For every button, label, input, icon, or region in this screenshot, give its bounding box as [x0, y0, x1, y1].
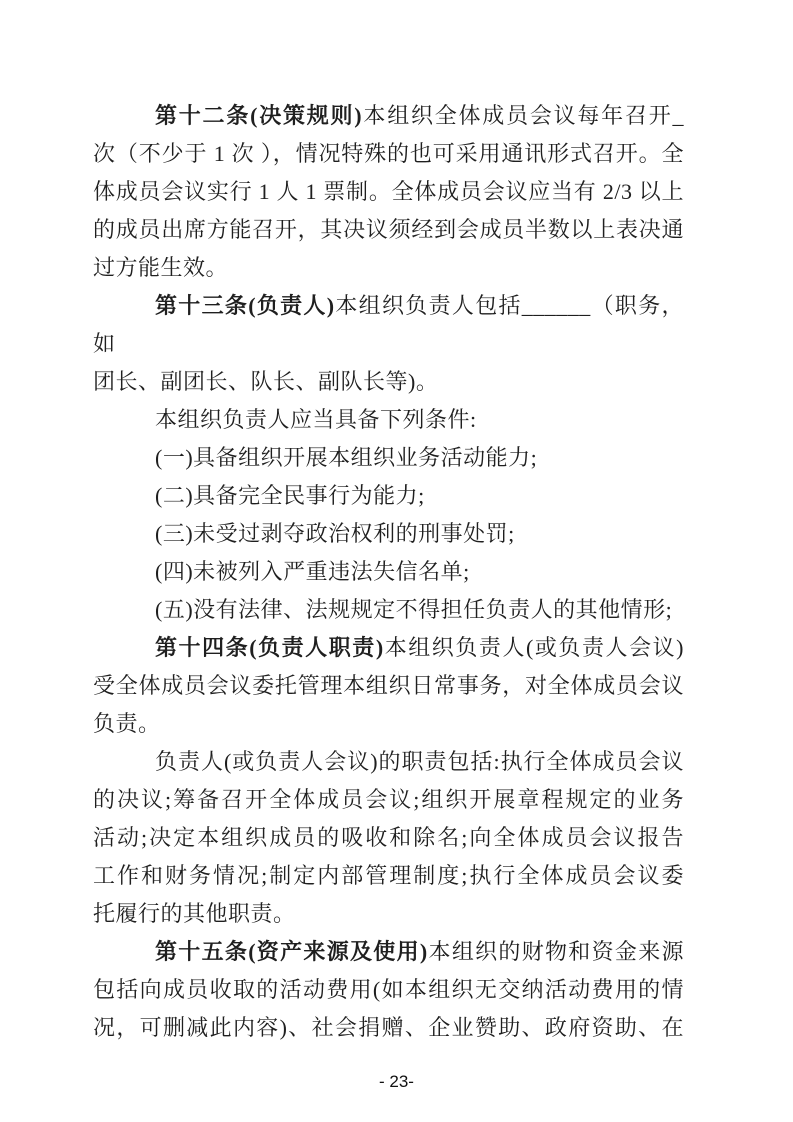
text-line: 次（不少于 1 次 ），情况特殊的也可采用通讯形式召开。全 — [93, 135, 684, 173]
text-run: 托履行的其他职责。 — [93, 901, 296, 926]
article-13-title: 第十三条(负责人) — [155, 293, 335, 318]
text-run: 受全体成员会议委托管理本组织日常事务，对全体成员会议 — [93, 673, 684, 698]
text-run: 本组织负责人应当具备下列条件: — [155, 407, 477, 432]
text-line: 负责人(或负责人会议)的职责包括:执行全体成员会议 — [93, 743, 684, 781]
text-run: 的决议;筹备召开全体成员会议;组织开展章程规定的业务 — [93, 787, 684, 812]
article-12-title: 第十二条(决策规则) — [155, 103, 362, 128]
document-page: 第十二条(决策规则)本组织全体成员会议每年召开_ 次（不少于 1 次 ），情况特… — [0, 0, 793, 1122]
article-14-title: 第十四条(负责人职责) — [155, 635, 384, 660]
text-line: 本组织负责人应当具备下列条件: — [93, 401, 684, 439]
text-line: 托履行的其他职责。 — [93, 895, 684, 933]
text-run: (四)未被列入严重违法失信名单; — [155, 559, 470, 584]
article-13-heading-line: 第十三条(负责人)本组织负责人包括______（职务，如 — [93, 287, 684, 363]
text-run: 工作和财务情况;制定内部管理制度;执行全体成员会议委 — [93, 863, 684, 888]
text-run: 次（不少于 1 次 ），情况特殊的也可采用通讯形式召开。全 — [93, 141, 684, 166]
text-line: 体成员会议实行 1 人 1 票制。全体成员会议应当有 2/3 以上 — [93, 173, 684, 211]
text-run: 况，可删减此内容)、社会捐赠、企业赞助、政府资助、在 — [93, 1015, 684, 1040]
text-run: 负责。 — [93, 711, 161, 736]
text-run: 过方能生效。 — [93, 255, 228, 280]
text-run: (五)没有法律、法规规定不得担任负责人的其他情形; — [155, 597, 672, 622]
text-line: 受全体成员会议委托管理本组织日常事务，对全体成员会议 — [93, 667, 684, 705]
text-run: 体成员会议实行 1 人 1 票制。全体成员会议应当有 2/3 以上 — [93, 179, 684, 204]
article-15-heading-line: 第十五条(资产来源及使用)本组织的财物和资金来源 — [93, 933, 684, 971]
article-15-title: 第十五条(资产来源及使用) — [155, 939, 428, 964]
text-run: (二)具备完全民事行为能力; — [155, 483, 425, 508]
article-12-heading-line: 第十二条(决策规则)本组织全体成员会议每年召开_ — [93, 97, 684, 135]
page-number: - 23- — [0, 1072, 793, 1092]
article-14-heading-line: 第十四条(负责人职责)本组织负责人(或负责人会议) — [93, 629, 684, 667]
list-item-1: (一)具备组织开展本组织业务活动能力; — [93, 439, 684, 477]
text-line: 的决议;筹备召开全体成员会议;组织开展章程规定的业务 — [93, 781, 684, 819]
text-line: 负责。 — [93, 705, 684, 743]
list-item-5: (五)没有法律、法规规定不得担任负责人的其他情形; — [93, 591, 684, 629]
text-run: 负责人(或负责人会议)的职责包括:执行全体成员会议 — [155, 749, 684, 774]
text-line: 的成员出席方能召开，其决议须经到会成员半数以上表决通 — [93, 211, 684, 249]
list-item-4: (四)未被列入严重违法失信名单; — [93, 553, 684, 591]
text-line: 团长、副团长、队长、副队长等)。 — [93, 363, 684, 401]
text-run: 的成员出席方能召开，其决议须经到会成员半数以上表决通 — [93, 217, 684, 242]
text-run: 本组织的财物和资金来源 — [428, 939, 684, 964]
list-item-2: (二)具备完全民事行为能力; — [93, 477, 684, 515]
text-run: (三)未受过剥夺政治权利的刑事处罚; — [155, 521, 515, 546]
text-run: 活动;决定本组织成员的吸收和除名;向全体成员会议报告 — [93, 825, 684, 850]
text-run: (一)具备组织开展本组织业务活动能力; — [155, 445, 537, 470]
text-line: 过方能生效。 — [93, 249, 684, 287]
document-body: 第十二条(决策规则)本组织全体成员会议每年召开_ 次（不少于 1 次 ），情况特… — [93, 97, 684, 1047]
text-line: 包括向成员收取的活动费用(如本组织无交纳活动费用的情 — [93, 971, 684, 1009]
text-line: 况，可删减此内容)、社会捐赠、企业赞助、政府资助、在 — [93, 1009, 684, 1047]
text-line: 活动;决定本组织成员的吸收和除名;向全体成员会议报告 — [93, 819, 684, 857]
text-line: 工作和财务情况;制定内部管理制度;执行全体成员会议委 — [93, 857, 684, 895]
list-item-3: (三)未受过剥夺政治权利的刑事处罚; — [93, 515, 684, 553]
text-run: 团长、副团长、队长、副队长等)。 — [93, 369, 438, 394]
text-run: 本组织负责人(或负责人会议) — [384, 635, 684, 660]
text-run: 包括向成员收取的活动费用(如本组织无交纳活动费用的情 — [93, 977, 684, 1002]
text-run: 本组织全体成员会议每年召开_ — [362, 103, 684, 128]
